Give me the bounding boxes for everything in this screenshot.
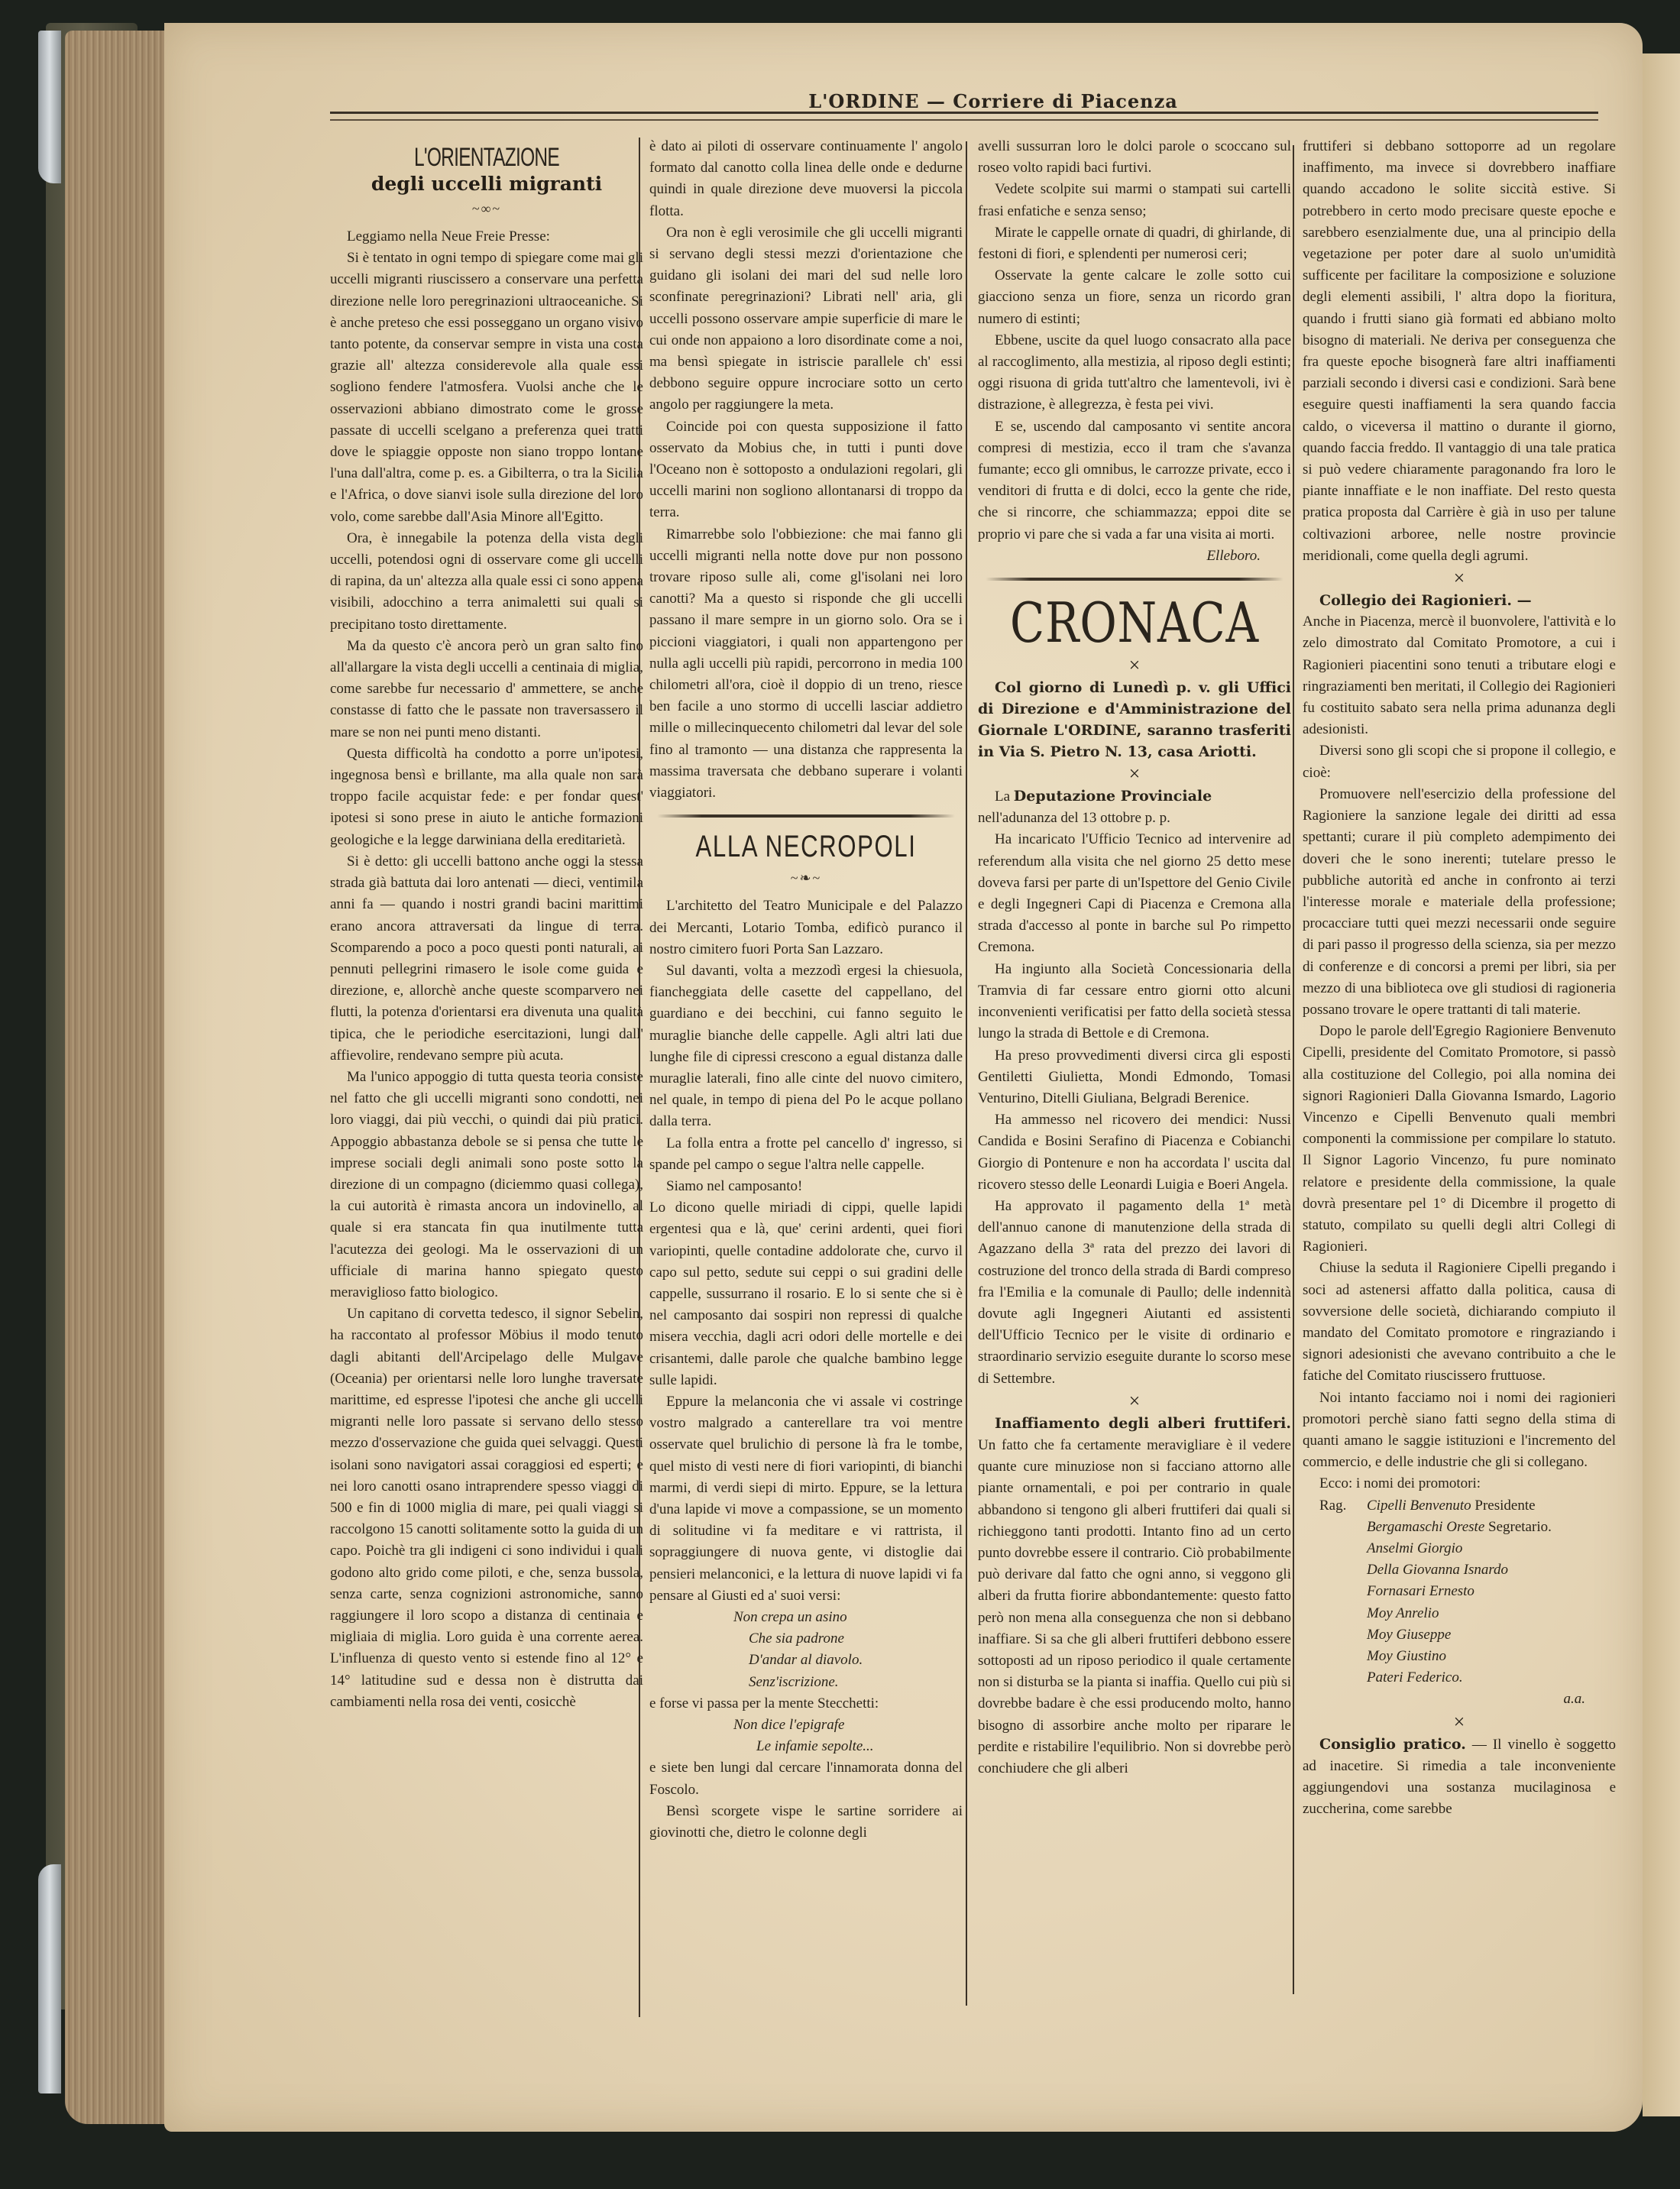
column-divider [966,141,967,2006]
paragraph: Ebbene, uscite da quel luogo consacrato … [978,330,1291,416]
paragraph: Ora non è egli verosimile che gli uccell… [649,222,963,416]
facing-page-edge [1643,53,1680,2116]
cross-separator: × [978,1390,1291,1413]
paragraph: Un capitano di corvetta tedesco, il sign… [330,1303,643,1713]
paragraph: Ma l'unico appoggio di tutta questa teor… [330,1067,643,1303]
consiglio-heading: Consiglio pratico. [1319,1736,1466,1753]
paragraph: Lo dicono quelle miriadi di cippi, quell… [649,1197,963,1391]
promoter-name: Fornasari Ernesto [1367,1581,1474,1602]
verse-line: Senz'iscrizione. [649,1672,963,1693]
paragraph: è dato ai piloti di osservare continuame… [649,136,963,222]
paragraph: Ha preso provvedimenti diversi circa gli… [978,1045,1291,1110]
paragraph: Ha ingiunto alla Società Concessionaria … [978,959,1291,1045]
verse-line: Che sia padrone [649,1628,963,1650]
article-intro: Leggiamo nella Neue Freie Presse: [330,226,643,248]
promoter-row: Moy Anrelio [1319,1603,1616,1624]
paragraph: e siete ben lungi dal cercare l'innamora… [649,1757,963,1800]
deputazione-subline: nell'adunanza del 13 ottobre p. p. [978,808,1291,829]
paragraph: e forse vi passa per la mente Stecchetti… [649,1693,963,1715]
paragraph: Dopo le parole dell'Egregio Ragioniere B… [1303,1021,1616,1258]
author-signature: a.a. [1303,1689,1616,1710]
column-2: è dato ai piloti di osservare continuame… [649,136,963,1844]
promoter-name: Moy Giustino [1367,1646,1446,1667]
promoter-role: Segretario. [1488,1517,1552,1538]
paragraph: E se, uscendo dal camposanto vi sentite … [978,416,1291,546]
masthead: L'ORDINE — Corriere di Piacenza [764,90,1222,112]
deputazione-heading: La Deputazione Provinciale [978,785,1291,808]
article-subtitle: degli uccelli migranti [330,173,643,196]
promoter-row: Della Giovanna Isnardo [1319,1559,1616,1581]
promoter-row: Rag.Cipelli Benvenuto Presidente [1319,1495,1616,1517]
cross-separator: × [978,763,1291,785]
section-title-cronaca: CRONACA [1006,591,1263,654]
author-signature: Elleboro. [978,546,1291,567]
ornament-divider: ~❧~ [649,868,963,888]
cross-separator: × [1303,567,1616,590]
paragraph: Mirate le cappelle ornate di quadri, di … [978,222,1291,265]
paragraph: L'architetto del Teatro Municipale e del… [649,895,963,960]
column-1: L'ORIENTAZIONE degli uccelli migranti ~∞… [330,136,643,1713]
paragraph: Bensì scorgete vispe le sartine sorrider… [649,1801,963,1844]
verse-line: Non dice l'epigrafe [649,1715,963,1736]
binding-clip-top [38,31,61,183]
paragraph: Ha approvato il pagamento della 1ª metà … [978,1196,1291,1390]
ornament-divider: ~∞~ [330,199,643,219]
column-divider [1293,145,1294,1994]
consiglio-article: Consiglio pratico. — Il vinello è sogget… [1303,1734,1616,1821]
column-4: fruttiferi si debbano sottoporre ad un r… [1303,136,1616,1820]
verse-line: Le infamie sepolte... [649,1736,963,1757]
promoter-row: Pateri Federico. [1319,1667,1616,1689]
column-3: avelli sussurran loro le dolci parole o … [978,136,1291,1779]
inaffiamento-body: Un fatto che fa certamente meravigliare … [978,1437,1291,1776]
cross-separator: × [1303,1711,1616,1734]
verse-line: Non crepa un asino [649,1607,963,1628]
promoter-row: Moy Giustino [1319,1646,1616,1667]
paragraph: Si è detto: gli uccelli battono anche og… [330,851,643,1067]
paragraph: Noi intanto facciamo noi i nomi dei ragi… [1303,1388,1616,1474]
paragraph: Ora, è innegabile la potenza della vista… [330,528,643,636]
promoter-name: Anselmi Giorgio [1367,1538,1462,1559]
promoter-name: Della Giovanna Isnardo [1367,1559,1508,1581]
promoter-name: Bergamaschi Oreste [1367,1517,1484,1538]
article-title: L'ORIENTAZIONE [374,142,599,173]
verse-line: D'andar al diavolo. [649,1650,963,1671]
binding-clip-bottom [38,1864,61,2093]
heading-bold: Deputazione Provinciale [1014,788,1212,805]
section-title-necropoli: ALLA NECROPOLI [684,828,928,865]
paragraph: Ha incaricato l'Ufficio Tecnico ad inter… [978,829,1291,958]
paragraph: Diversi sono gli scopi che si propone il… [1303,740,1616,783]
promoter-name: Moy Giuseppe [1367,1624,1451,1646]
promoter-row: Anselmi Giorgio [1319,1538,1616,1559]
paragraph: Ha ammesso nel ricovero dei mendici: Nus… [978,1109,1291,1196]
paragraph: Eppure la melanconia che vi assale vi co… [649,1391,963,1607]
paragraph: Coincide poi con questa supposizione il … [649,416,963,524]
paragraph: Siamo nel camposanto! [649,1176,963,1197]
paragraph: La folla entra a frotte pel cancello d' … [649,1133,963,1176]
section-rule [657,814,955,818]
heading-prefix: La [995,788,1010,805]
office-move-notice: Col giorno di Lunedì p. v. gli Uffici di… [978,677,1291,763]
paragraph: fruttiferi si debbano sottoporre ad un r… [1303,136,1616,567]
promoters-list: Rag.Cipelli Benvenuto Presidente Bergama… [1303,1495,1616,1689]
section-rule [986,578,1283,581]
promoter-row: Fornasari Ernesto [1319,1581,1616,1602]
paragraph: Promuovere nell'esercizio della professi… [1303,784,1616,1021]
inaffiamento-article: Inaffiamento degli alberi fruttiferi. Un… [978,1413,1291,1779]
paragraph: Rimarrebbe solo l'obbiezione: che mai fa… [649,524,963,805]
paragraph: Sul davanti, volta a mezzodì ergesi la c… [649,960,963,1133]
promoter-name: Cipelli Benvenuto [1367,1495,1471,1517]
cross-separator: × [978,654,1291,677]
paragraph: Vedete scolpite sui marmi o stampati sui… [978,179,1291,222]
promoter-name: Pateri Federico. [1367,1667,1463,1689]
paragraph: avelli sussurran loro le dolci parole o … [978,136,1291,179]
page-edges [65,31,172,2124]
paragraph: Ma da questo c'è ancora però un gran sal… [330,636,643,743]
promoter-row: Bergamaschi Oreste Segretario. [1319,1517,1616,1538]
collegio-heading: Collegio dei Ragionieri. — [1303,590,1616,611]
promoter-name: Moy Anrelio [1367,1603,1439,1624]
paragraph: Ecco: i nomi dei promotori: [1303,1473,1616,1494]
paragraph: Si è tentato in ogni tempo di spiegare c… [330,248,643,528]
promoters-label: Rag. [1319,1495,1367,1517]
paragraph: Anche in Piacenza, mercè il buonvolere, … [1303,611,1616,740]
promoter-role: Presidente [1474,1495,1535,1517]
promoter-row: Moy Giuseppe [1319,1624,1616,1646]
inaffiamento-heading: Inaffiamento degli alberi fruttiferi. [995,1415,1291,1432]
masthead-rule [330,112,1598,121]
paragraph: Chiuse la seduta il Ragioniere Cipelli p… [1303,1258,1616,1387]
paragraph: Questa difficoltà ha condotto a porre un… [330,743,643,851]
paragraph: Osservate la gente calcare le zolle sott… [978,265,1291,330]
